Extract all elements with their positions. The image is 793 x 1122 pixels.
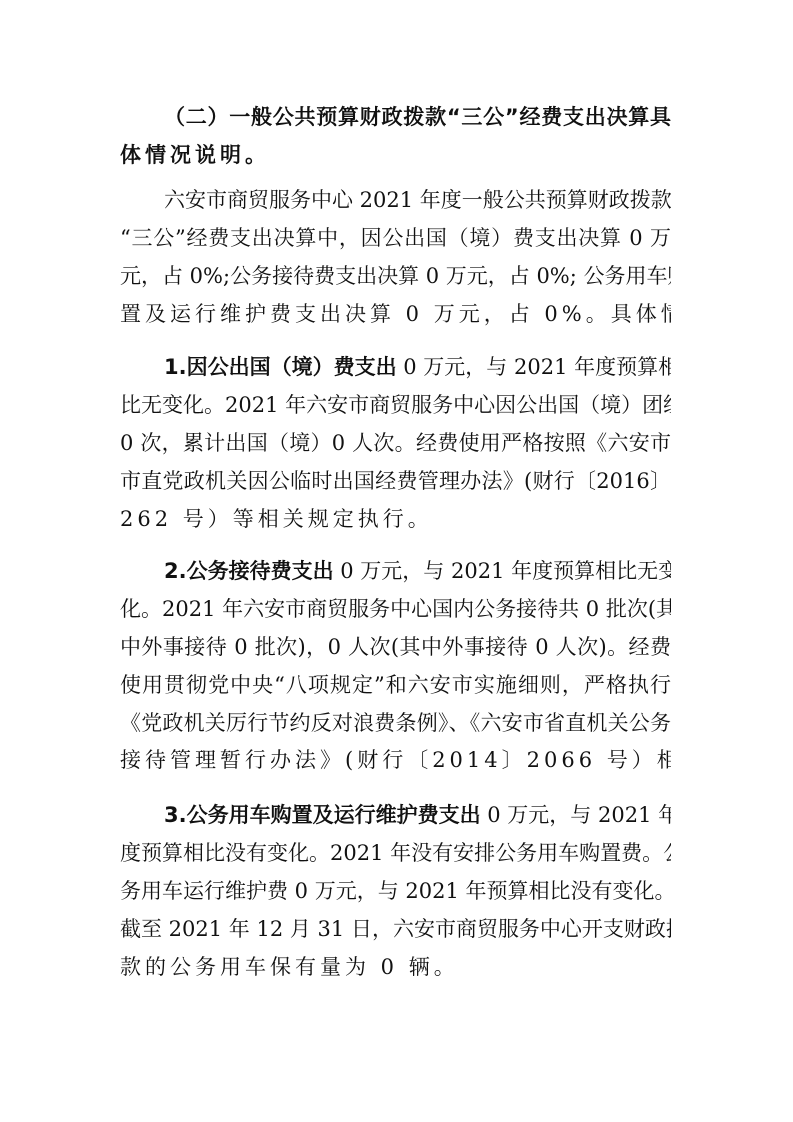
- intro-line-4: 置及运行维护费支出决算 0 万元，占 0%。具体情况如下:: [120, 299, 671, 329]
- item1-line-5: 262 号）等相关规定执行。: [120, 504, 671, 534]
- item2-line-2: 化。2021 年六安市商贸服务中心国内公务接待共 0 批次(其: [120, 594, 671, 624]
- item2-title: 2.公务接待费支出: [164, 559, 334, 583]
- item2-line-6: 接待管理暂行办法》(财行〔2014〕2066 号）相关规定。: [120, 745, 671, 775]
- item2-line-1: 2.公务接待费支出 0 万元，与 2021 年度预算相比无变: [164, 556, 671, 586]
- item3-title: 3.公务用车购置及运行维护费支出: [164, 803, 481, 827]
- item1-line1-rest: 0 万元，与 2021 年度预算相: [397, 355, 671, 379]
- item1-line-1: 1.因公出国（境）费支出 0 万元，与 2021 年度预算相: [164, 352, 671, 382]
- document-page: （二）一般公共预算财政拨款“三公”经费支出决算具 体情况说明。 六安市商贸服务中…: [0, 0, 793, 1122]
- intro-line-3: 元，占 0%;公务接待费支出决算 0 万元，占 0%; 公务用车购: [120, 261, 671, 291]
- item1-title: 1.因公出国（境）费支出: [164, 355, 397, 379]
- section-heading-line-2: 体情况说明。: [120, 140, 671, 170]
- item2-line-3: 中外事接待 0 批次)，0 人次(其中外事接待 0 人次)。经费: [120, 632, 671, 662]
- intro-line-2: “三公”经费支出决算中，因公出国（境）费支出决算 0 万: [120, 223, 671, 253]
- section-heading-line-1: （二）一般公共预算财政拨款“三公”经费支出决算具: [164, 102, 671, 132]
- item2-line-4: 使用贯彻党中央“八项规定”和六安市实施细则，严格执行: [120, 670, 671, 700]
- item3-line-5: 款的公务用车保有量为 0 辆。: [120, 952, 671, 982]
- item3-line-2: 度预算相比没有变化。2021 年没有安排公务用车购置费。公: [120, 838, 671, 868]
- intro-line-1: 六安市商贸服务中心 2021 年度一般公共预算财政拨款: [164, 185, 671, 215]
- item1-line-3: 0 次，累计出国（境）0 人次。经费使用严格按照《六安市: [120, 428, 671, 458]
- item2-line1-rest: 0 万元，与 2021 年度预算相比无变: [334, 559, 671, 583]
- item3-line1-rest: 0 万元，与 2021 年: [481, 803, 671, 827]
- item3-line-1: 3.公务用车购置及运行维护费支出 0 万元，与 2021 年: [164, 800, 671, 830]
- item1-line-2: 比无变化。2021 年六安市商贸服务中心因公出国（境）团组: [120, 390, 671, 420]
- item3-line-3: 务用车运行维护费 0 万元，与 2021 年预算相比没有变化。: [120, 876, 671, 906]
- item1-line-4: 市直党政机关因公临时出国经费管理办法》(财行〔2016〕: [120, 466, 671, 496]
- item3-line-4: 截至 2021 年 12 月 31 日，六安市商贸服务中心开支财政拨: [120, 914, 671, 944]
- item2-line-5: 《党政机关厉行节约反对浪费条例》、《六安市省直机关公务: [120, 708, 671, 738]
